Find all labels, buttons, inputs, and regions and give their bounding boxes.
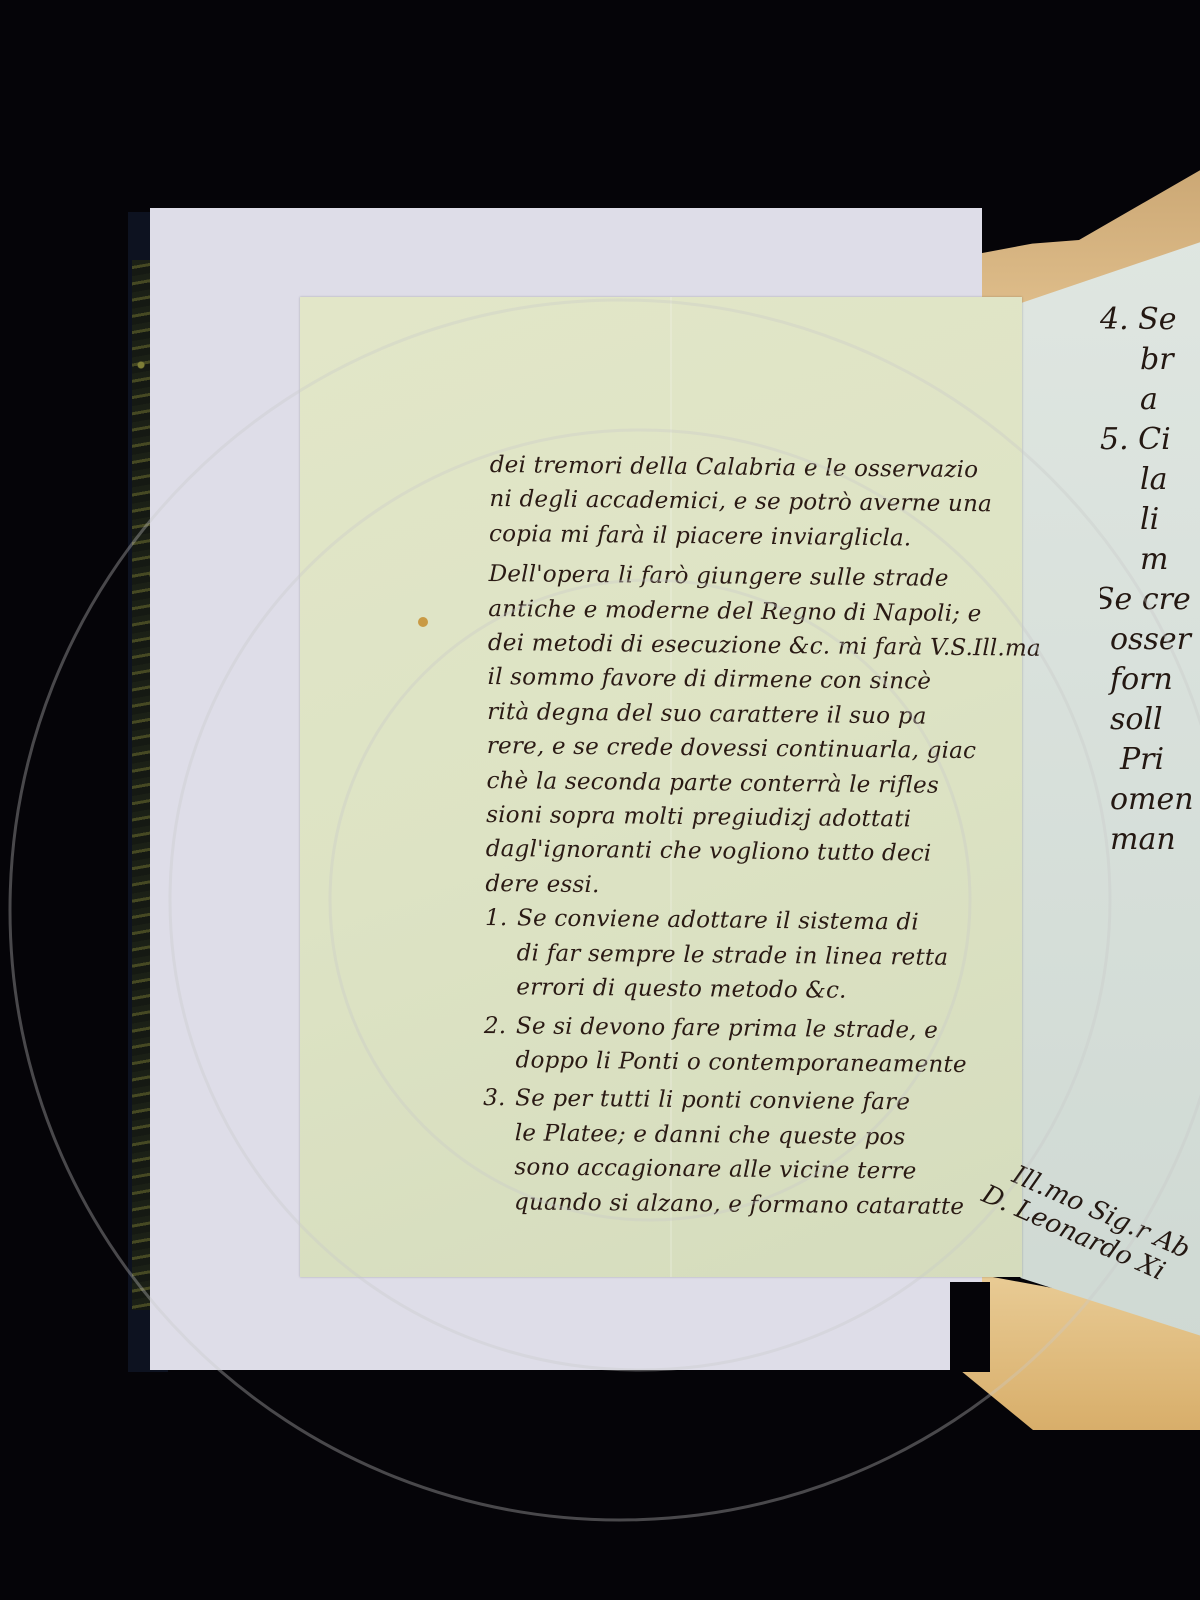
text-fragment: forn — [1100, 660, 1200, 700]
ink-stain — [418, 617, 428, 627]
text-fragment: omen — [1100, 780, 1200, 820]
text-fragment: osser — [1100, 620, 1200, 660]
text-line: doppo li Ponti o contemporaneamente — [483, 1043, 1023, 1083]
text-line: dei tremori della Calabria e le osservaz… — [490, 448, 1030, 488]
backing-notch — [950, 1282, 990, 1372]
text-line: Se per tutti li ponti conviene fare — [515, 1082, 910, 1121]
text-fragment: li — [1100, 500, 1200, 540]
text-fragment: Se cre — [1100, 580, 1200, 620]
text-line: Se conviene adottare il sistema di — [517, 902, 919, 941]
numbered-item-3: 3. Se per tutti li ponti conviene fare l… — [482, 1081, 1023, 1224]
item-number: 3. — [483, 1081, 515, 1116]
numbered-item-2: 2. Se si devono fare prima le strade, e … — [483, 1008, 1024, 1082]
text-fragment: a — [1100, 380, 1200, 420]
text-line: ni degli accademici, e se potrò averne u… — [489, 482, 1029, 522]
text-line: copia mi farà il piacere inviarglicla. — [489, 517, 1029, 557]
text-fragment: Pri — [1100, 740, 1200, 780]
text-line: rità degna del suo carattere il suo pa — [487, 695, 1027, 735]
text-line: rere, e se crede dovessi continuarla, gi… — [487, 729, 1027, 769]
facing-page-text: 4. Se br a 5. Ci la li m Se cre osser fo… — [1100, 300, 1200, 860]
text-line: dere essi. — [485, 867, 1025, 907]
text-line: di far sempre le strade in linea retta — [485, 936, 1025, 976]
text-fragment: 5. Ci — [1100, 420, 1200, 460]
text-fragment: la — [1100, 460, 1200, 500]
text-line: quando si alzano, e formano cataratte — [482, 1184, 1022, 1224]
text-line: il sommo favore di dirmene con sincè — [487, 660, 1027, 700]
text-line: dagl'ignoranti che vogliono tutto deci — [486, 832, 1026, 872]
paragraph: Dell'opera li farò giungere sulle strade… — [485, 557, 1029, 907]
text-line: Se si devono fare prima le strade, e — [516, 1009, 938, 1048]
text-line: le Platee; e danni che queste pos — [483, 1116, 1023, 1156]
text-line: antiche e moderne del Regno di Napoli; e — [488, 592, 1028, 632]
photograph: dei tremori della Calabria e le osservaz… — [0, 0, 1200, 1600]
text-line: chè la seconda parte conterrà le rifles — [486, 764, 1026, 804]
text-line: dei metodi di esecuzione &c. mi farà V.S… — [488, 626, 1028, 666]
numbered-item-1: 1. Se conviene adottare il sistema di di… — [484, 901, 1025, 1010]
text-line: sioni sopra molti pregiudizj adottati — [486, 798, 1026, 838]
text-line: errori di questo metodo &c. — [484, 970, 1024, 1010]
text-fragment: man — [1100, 820, 1200, 860]
text-fragment: soll — [1100, 700, 1200, 740]
item-number: 1. — [485, 901, 517, 936]
text-line: sono accagionare alle vicine terre — [482, 1150, 1022, 1190]
text-line: Dell'opera li farò giungere sulle strade — [488, 557, 1028, 597]
item-number: 2. — [484, 1008, 516, 1043]
text-fragment: 4. Se — [1100, 300, 1200, 340]
text-fragment: br — [1100, 340, 1200, 380]
letter-text: dei tremori della Calabria e le osservaz… — [482, 448, 1030, 1225]
text-fragment: m — [1100, 540, 1200, 580]
